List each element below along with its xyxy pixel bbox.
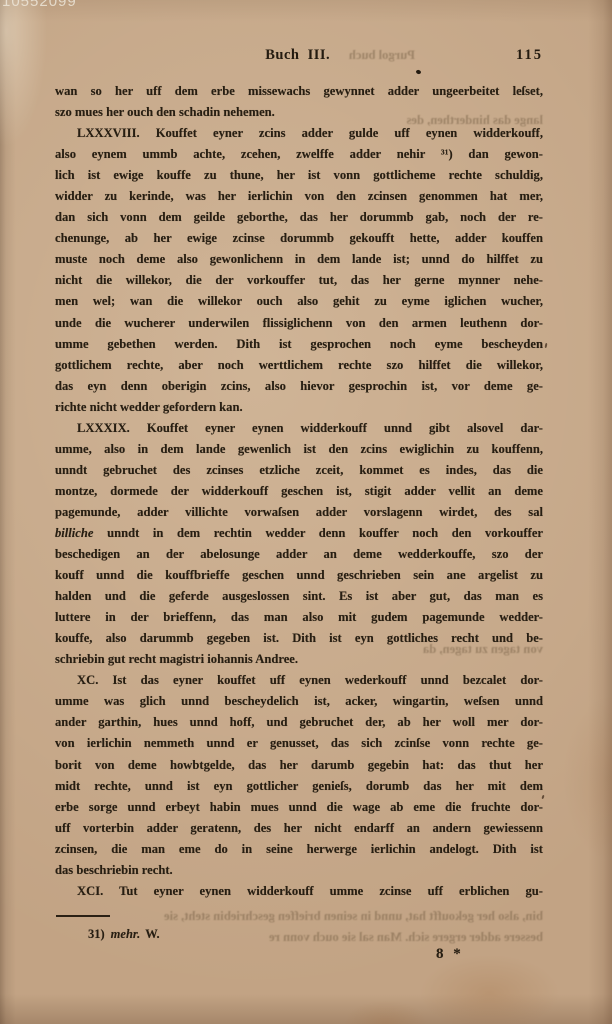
footnote-marker: 31) — [88, 927, 105, 941]
text-line: halden und die geferde ausgeslossen sint… — [55, 586, 543, 607]
text-line: men wel; wan die willekor ouch also gehi… — [55, 291, 543, 312]
text-line: von ierlichin nemmeth unnd er genusset, … — [55, 733, 543, 754]
bleedthrough-text: bin, also her gekoufft hat, unnd in sein… — [55, 908, 543, 925]
text-line: lich ist ewige kouffe zu thune, her ist … — [55, 165, 543, 186]
text-line: pagemunde, adder villichte vorwaſsen add… — [55, 502, 543, 523]
text-line: richte nicht wedder gefordern kan. — [55, 397, 543, 418]
text-line: erbe sorge unnd erbeyt habin mues unnd d… — [55, 797, 543, 818]
book-page: Purgol buchlange das hinderthen, desbin,… — [0, 0, 612, 1024]
text-line: chenunge, ab her ewige zcinse dorummb ge… — [55, 228, 543, 249]
text-line: schriebin gut recht magistri iohannis An… — [55, 649, 543, 670]
text-line: unndt gebruchet des zcinses etzliche zce… — [55, 460, 543, 481]
text-line: das eyn denn oberigin zcins, also hievor… — [55, 376, 543, 397]
text-line: kouff unnd die kouffbrieffe geschen unnd… — [55, 565, 543, 586]
footnote: 31)mehr.W. — [88, 927, 160, 942]
watermark-number: 10552099 — [2, 0, 77, 10]
running-title: Buch III. — [265, 47, 330, 64]
footnote-abbr-italic: mehr. — [111, 927, 141, 941]
text-line: kouffe, also darummb gegeben ist. Dith i… — [55, 628, 543, 649]
text-line: dan sich vonn dem geilde geborthe, das h… — [55, 207, 543, 228]
paragraph: XC. Ist das eyner kouffet uff eynen wede… — [55, 670, 543, 880]
text-line: uff vorterbin adder geratenn, des her ni… — [55, 818, 543, 839]
text-line: gottlichem rechte, aber noch werttlichem… — [55, 355, 543, 376]
page-number: 115 — [516, 47, 543, 64]
text-line: beschedigen an der abelosunge adder an d… — [55, 544, 543, 565]
text-line: szo mues her ouch den schadin nehemen. — [55, 102, 543, 123]
text-line: umme, also in dem lande gewenlich ist de… — [55, 439, 543, 460]
text-line: umme gebethen werden. Dith ist gesproche… — [55, 334, 543, 355]
page-header: Buch III. 115 — [55, 47, 543, 65]
text-line: also eynem ummb achte, zcehen, zwelffe a… — [55, 144, 543, 165]
text-line: luttere in der brieffenn, das man also m… — [55, 607, 543, 628]
paragraph: XCI. Tut eyner eynen widderkouff umme zc… — [55, 881, 543, 902]
paragraph: LXXXIX. Kouffet eyner eynen widderkouff … — [55, 418, 543, 671]
signature-mark: 8 * — [436, 946, 464, 963]
text-line: das beschriebin recht. — [55, 860, 543, 881]
text-line: ander garthin, hues unnd hoff, und gebru… — [55, 712, 543, 733]
footnote-rule — [56, 915, 110, 917]
text-line: unde die wucherer underwilen flissiglich… — [55, 313, 543, 334]
text-line: nicht die willekor, die der vorkouffer t… — [55, 270, 543, 291]
text-line: LXXXVIII. Kouffet eyner zcins adder guld… — [55, 123, 543, 144]
text-line: XC. Ist das eyner kouffet uff eynen wede… — [55, 670, 543, 691]
body-text: wan so her uff dem erbe missewachs gewyn… — [55, 81, 543, 902]
text-line: billiche unndt in dem rechtin wedder den… — [55, 523, 543, 544]
ink-speck — [415, 69, 421, 74]
text-line: borit von deme howbtgelde, das her darum… — [55, 755, 543, 776]
text-line: montze, dormede der widderkouff geschen … — [55, 481, 543, 502]
paragraph: LXXXVIII. Kouffet eyner zcins adder guld… — [55, 123, 543, 418]
ink-speck — [545, 343, 548, 348]
text-line: umme was glich unnd bescheydelich ist, a… — [55, 691, 543, 712]
text-line: midt rechte, unnd ist eyn gottlicher gen… — [55, 776, 543, 797]
text-line: zcinsen, die man eme do in seine herwerg… — [55, 839, 543, 860]
paragraph: wan so her uff dem erbe missewachs gewyn… — [55, 81, 543, 123]
text-line: muste noch deme also gewonlichenn in dem… — [55, 249, 543, 270]
footnote-abbr-rest: W. — [145, 927, 159, 941]
text-line: wan so her uff dem erbe missewachs gewyn… — [55, 81, 543, 102]
text-line: widder zu kerinde, was her ierlichin von… — [55, 186, 543, 207]
text-line: LXXXIX. Kouffet eyner eynen widderkouff … — [55, 418, 543, 439]
text-line: XCI. Tut eyner eynen widderkouff umme zc… — [55, 881, 543, 902]
